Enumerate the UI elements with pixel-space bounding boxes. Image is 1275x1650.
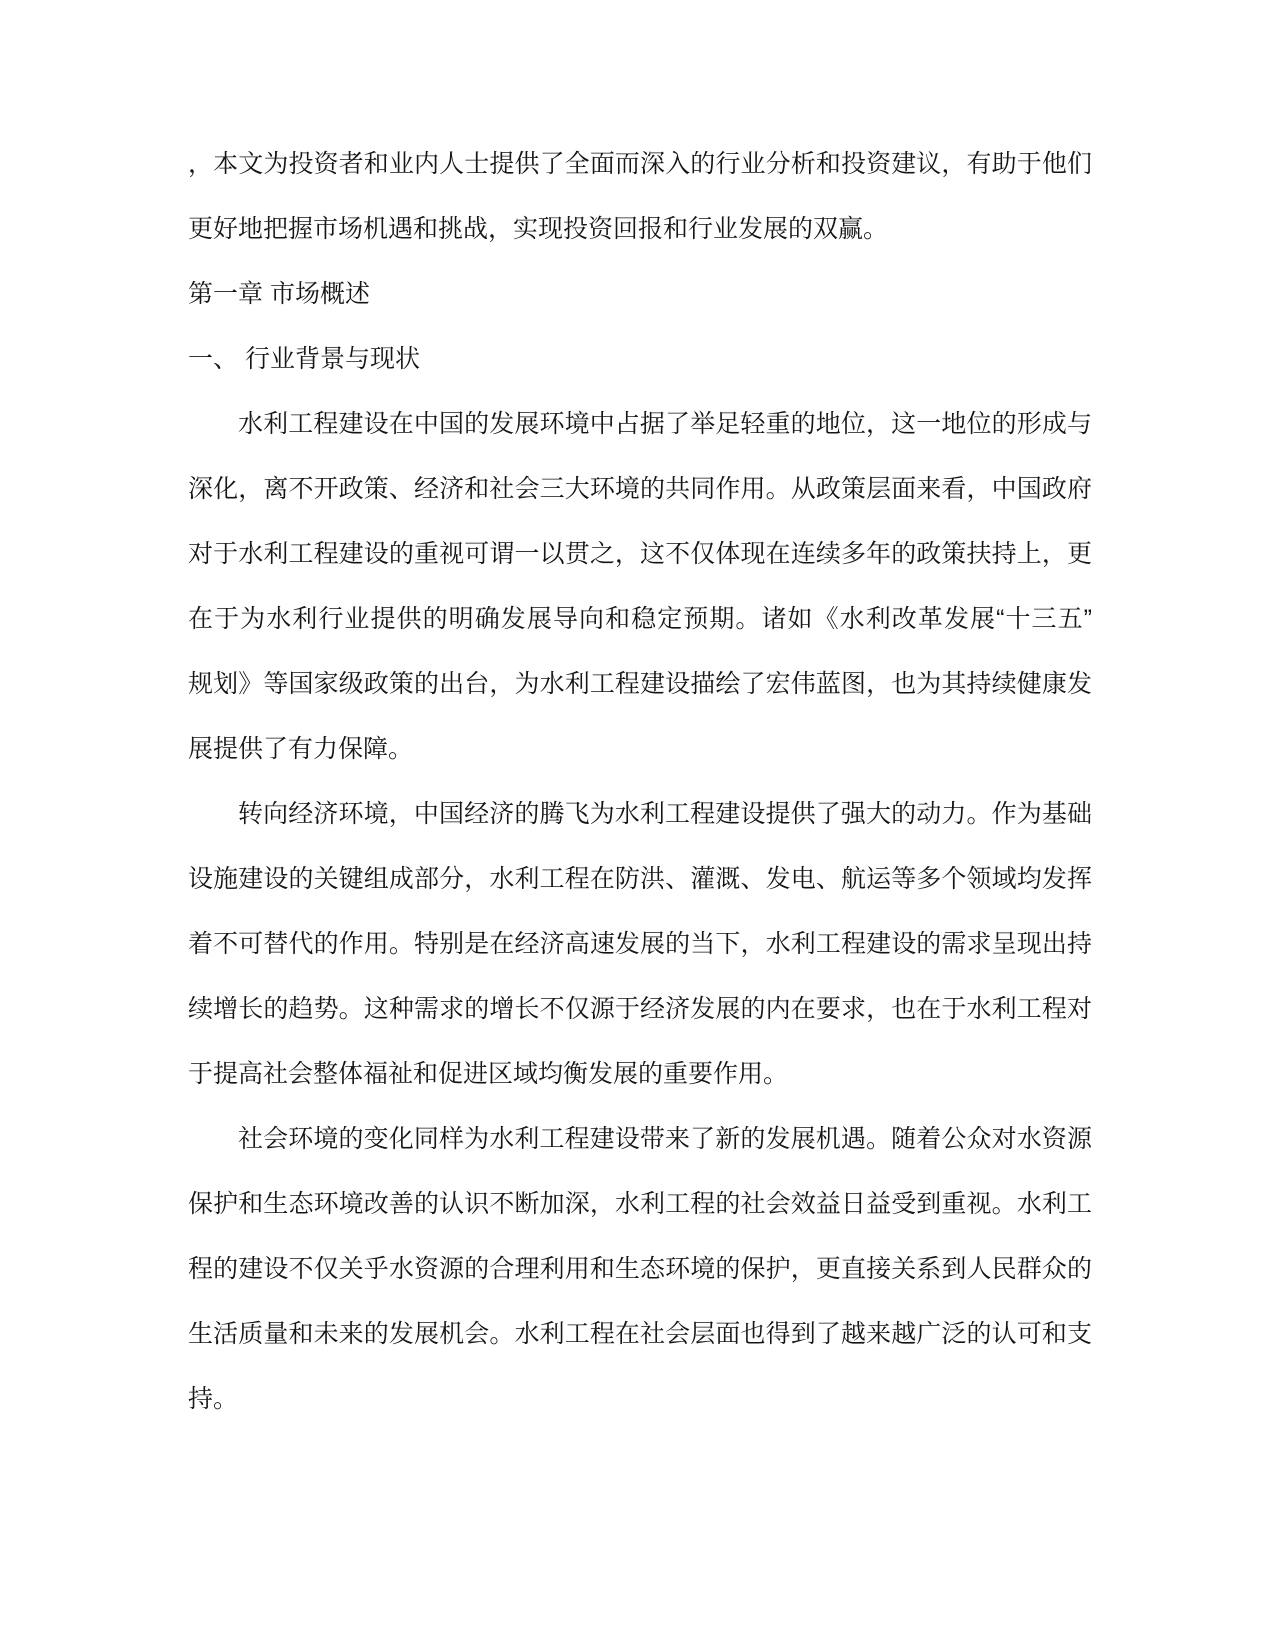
- text-line: 水利工程建设在中国的发展环境中占据了举足轻重的地位，这一地位的形成与: [188, 392, 1092, 457]
- text-line: ，本文为投资者和业内人士提供了全面而深入的行业分析和投资建议，有助于他们: [188, 132, 1092, 197]
- text-block: ，本文为投资者和业内人士提供了全面而深入的行业分析和投资建议，有助于他们更好地把…: [188, 132, 1092, 1432]
- text-line: 对于水利工程建设的重视可谓一以贯之，这不仅体现在连续多年的政策扶持上，更: [188, 522, 1092, 587]
- text-line: 社会环境的变化同样为水利工程建设带来了新的发展机遇。随着公众对水资源: [188, 1107, 1092, 1172]
- text-line: 于提高社会整体福祉和促进区域均衡发展的重要作用。: [188, 1042, 1092, 1107]
- heading-line: 第一章 市场概述: [188, 262, 1092, 327]
- text-line: 续增长的趋势。这种需求的增长不仅源于经济发展的内在要求，也在于水利工程对: [188, 977, 1092, 1042]
- text-line: 保护和生态环境改善的认识不断加深，水利工程的社会效益日益受到重视。水利工: [188, 1172, 1092, 1237]
- text-line: 转向经济环境，中国经济的腾飞为水利工程建设提供了强大的动力。作为基础: [188, 782, 1092, 847]
- text-line: 设施建设的关键组成部分，水利工程在防洪、灌溉、发电、航运等多个领域均发挥: [188, 847, 1092, 912]
- heading-line: 一、 行业背景与现状: [188, 327, 1092, 392]
- text-line: 更好地把握市场机遇和挑战，实现投资回报和行业发展的双赢。: [188, 197, 1092, 262]
- text-line: 规划》等国家级政策的出台，为水利工程建设描绘了宏伟蓝图，也为其持续健康发: [188, 652, 1092, 717]
- document-page: ，本文为投资者和业内人士提供了全面而深入的行业分析和投资建议，有助于他们更好地把…: [0, 0, 1275, 1650]
- text-line: 持。: [188, 1367, 1092, 1432]
- text-line: 程的建设不仅关乎水资源的合理利用和生态环境的保护，更直接关系到人民群众的: [188, 1237, 1092, 1302]
- text-line: 深化，离不开政策、经济和社会三大环境的共同作用。从政策层面来看，中国政府: [188, 457, 1092, 522]
- text-line: 展提供了有力保障。: [188, 717, 1092, 782]
- text-line: 在于为水利行业提供的明确发展导向和稳定预期。诸如《水利改革发展“十三五”: [188, 587, 1092, 652]
- text-line: 着不可替代的作用。特别是在经济高速发展的当下，水利工程建设的需求呈现出持: [188, 912, 1092, 977]
- text-line: 生活质量和未来的发展机会。水利工程在社会层面也得到了越来越广泛的认可和支: [188, 1302, 1092, 1367]
